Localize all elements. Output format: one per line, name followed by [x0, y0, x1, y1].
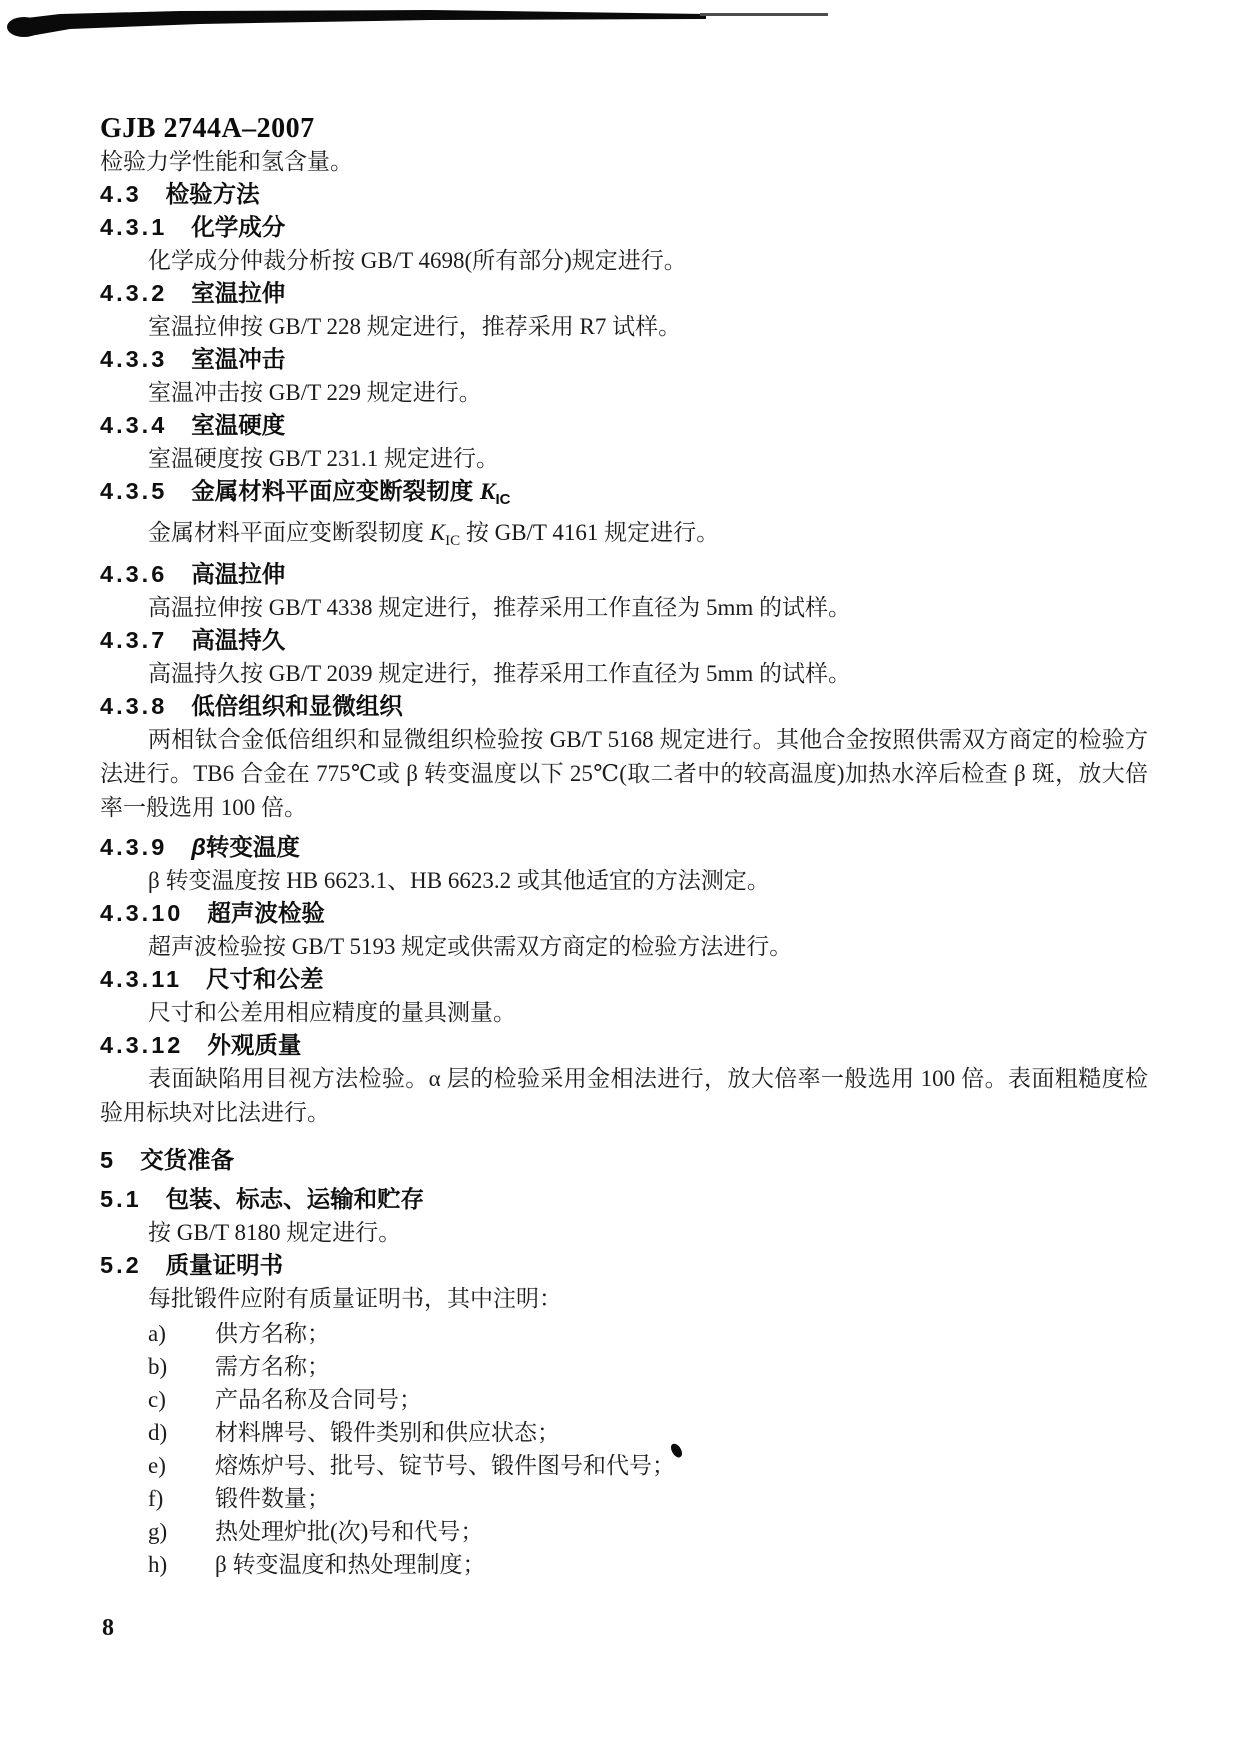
fracture-toughness-symbol: K: [430, 520, 445, 545]
list-item-text: 需方名称；: [215, 1354, 330, 1379]
section-number: 4.3.4: [100, 409, 167, 442]
fracture-toughness-subscript: IC: [445, 533, 460, 549]
section-body-4-3-1: 化学成分仲裁分析按 GB/T 4698(所有部分)规定进行。: [100, 244, 1148, 277]
list-item-text: 锻件数量；: [215, 1486, 330, 1511]
section-body-4-3-12: 表面缺陷用目视方法检验。α 层的检验采用金相法进行，放大倍率一般选用 100 倍…: [100, 1062, 1148, 1130]
list-item-d: d)材料牌号、锻件类别和供应状态；: [100, 1416, 1148, 1449]
section-number: 4.3.9: [100, 831, 167, 864]
section-heading-4-3-12: 4.3.12外观质量: [100, 1029, 1148, 1062]
list-item-letter: g): [148, 1515, 215, 1548]
section-title: 检验方法: [166, 181, 260, 207]
section-body-4-3-3: 室温冲击按 GB/T 229 规定进行。: [100, 376, 1148, 409]
fracture-toughness-subscript: IC: [496, 491, 511, 508]
list-item-letter: a): [148, 1317, 215, 1350]
section-number: 4.3.5: [100, 475, 167, 508]
section-title: 室温硬度: [191, 412, 285, 438]
list-item-text: 熔炼炉号、批号、锭节号、锻件图号和代号；: [215, 1453, 675, 1478]
section-heading-4-3-8: 4.3.8低倍组织和显微组织: [100, 690, 1148, 723]
section-title: 超声波检验: [207, 900, 325, 926]
section-body-4-3-5: 金属材料平面应变断裂韧度 KIC 按 GB/T 4161 规定进行。: [100, 516, 1148, 558]
list-item-letter: d): [148, 1416, 215, 1449]
scanned-document-page: GJB 2744A–2007 检验力学性能和氢含量。 4.3检验方法 4.3.1…: [0, 0, 1240, 1755]
section-heading-4-3-1: 4.3.1化学成分: [100, 211, 1148, 244]
intro-continuation-text: 检验力学性能和氢含量。: [100, 145, 1148, 178]
section-body-4-3-8: 两相钛合金低倍组织和显微组织检验按 GB/T 5168 规定进行。其他合金按照供…: [100, 723, 1148, 825]
section-number: 4.3.6: [100, 558, 167, 591]
section-heading-4-3-9: 4.3.9β转变温度: [100, 831, 1148, 864]
section-heading-4-3-11: 4.3.11尺寸和公差: [100, 963, 1148, 996]
section-heading-4-3-5: 4.3.5金属材料平面应变断裂韧度 KIC: [100, 475, 1148, 516]
section-title: 尺寸和公差: [206, 966, 324, 992]
section-number: 4.3.3: [100, 343, 167, 376]
list-item-letter: f): [148, 1482, 215, 1515]
list-item-text: 供方名称；: [215, 1321, 330, 1346]
section-body-4-3-9: β 转变温度按 HB 6623.1、HB 6623.2 或其他适宜的方法测定。: [100, 864, 1148, 897]
section-title: 高温拉伸: [191, 561, 285, 587]
section-heading-5: 5交货准备: [100, 1144, 1148, 1177]
scan-artifact-top-bar: [0, 0, 1040, 48]
section-heading-4-3-10: 4.3.10超声波检验: [100, 897, 1148, 930]
section-number: 5.1: [100, 1183, 142, 1216]
section-title: 高温持久: [191, 627, 285, 653]
section-body-4-3-2: 室温拉伸按 GB/T 228 规定进行，推荐采用 R7 试样。: [100, 310, 1148, 343]
section-title: 金属材料平面应变断裂韧度: [191, 478, 480, 504]
fracture-toughness-symbol: K: [480, 479, 496, 505]
certificate-item-list: a)供方名称； b)需方名称； c)产品名称及合同号； d)材料牌号、锻件类别和…: [100, 1317, 1148, 1581]
section-title: 室温冲击: [191, 346, 285, 372]
list-item-h: h)β 转变温度和热处理制度；: [100, 1548, 1148, 1581]
section-body-5-2: 每批锻件应附有质量证明书，其中注明：: [100, 1282, 1148, 1315]
section-body-4-3-6: 高温拉伸按 GB/T 4338 规定进行，推荐采用工作直径为 5mm 的试样。: [100, 591, 1148, 624]
list-item-text: 产品名称及合同号；: [215, 1387, 422, 1412]
section-heading-5-2: 5.2质量证明书: [100, 1249, 1148, 1282]
section-heading-4-3-3: 4.3.3室温冲击: [100, 343, 1148, 376]
page-number: 8: [102, 1612, 114, 1645]
list-item-text: 热处理炉批(次)号和代号；: [215, 1519, 483, 1544]
list-item-letter: b): [148, 1350, 215, 1383]
list-item-letter: e): [148, 1449, 215, 1482]
list-item-letter: c): [148, 1383, 215, 1416]
section-number: 4.3: [100, 178, 142, 211]
section-title: 包装、标志、运输和贮存: [166, 1186, 425, 1212]
section-number: 4.3.12: [100, 1029, 183, 1062]
section-title: 低倍组织和显微组织: [191, 693, 403, 719]
section-heading-4-3: 4.3检验方法: [100, 178, 1148, 211]
section-number: 4.3.1: [100, 211, 167, 244]
list-item-letter: h): [148, 1548, 215, 1581]
document-content: GJB 2744A–2007 检验力学性能和氢含量。 4.3检验方法 4.3.1…: [100, 112, 1148, 1581]
section-body-4-3-7: 高温持久按 GB/T 2039 规定进行，推荐采用工作直径为 5mm 的试样。: [100, 657, 1148, 690]
section-number: 4.3.10: [100, 897, 183, 930]
list-item-e: e)熔炼炉号、批号、锭节号、锻件图号和代号；: [100, 1449, 1148, 1482]
list-item-c: c)产品名称及合同号；: [100, 1383, 1148, 1416]
section-body-4-3-4: 室温硬度按 GB/T 231.1 规定进行。: [100, 442, 1148, 475]
section-number: 4.3.8: [100, 690, 167, 723]
section-title: 交货准备: [140, 1147, 234, 1173]
section-body-5-1: 按 GB/T 8180 规定进行。: [100, 1216, 1148, 1249]
section-number: 4.3.7: [100, 624, 167, 657]
section-title: 室温拉伸: [191, 280, 285, 306]
document-code-header: GJB 2744A–2007: [100, 112, 1148, 145]
beta-symbol: β: [191, 834, 206, 860]
section-body-4-3-10: 超声波检验按 GB/T 5193 规定或供需双方商定的检验方法进行。: [100, 930, 1148, 963]
section-heading-4-3-6: 4.3.6高温拉伸: [100, 558, 1148, 591]
section-heading-5-1: 5.1包装、标志、运输和贮存: [100, 1183, 1148, 1216]
list-item-g: g)热处理炉批(次)号和代号；: [100, 1515, 1148, 1548]
list-item-text: β 转变温度和热处理制度；: [215, 1552, 485, 1577]
section-title: 转变温度: [206, 834, 300, 860]
section-heading-4-3-7: 4.3.7高温持久: [100, 624, 1148, 657]
list-item-text: 材料牌号、锻件类别和供应状态；: [215, 1420, 560, 1445]
list-item-f: f)锻件数量；: [100, 1482, 1148, 1515]
section-number: 5: [100, 1144, 116, 1177]
section-heading-4-3-4: 4.3.4室温硬度: [100, 409, 1148, 442]
section-heading-4-3-2: 4.3.2室温拉伸: [100, 277, 1148, 310]
section-number: 4.3.2: [100, 277, 167, 310]
section-body-4-3-11: 尺寸和公差用相应精度的量具测量。: [100, 996, 1148, 1029]
section-title: 外观质量: [207, 1032, 301, 1058]
list-item-a: a)供方名称；: [100, 1317, 1148, 1350]
section-number: 5.2: [100, 1249, 142, 1282]
section-title: 质量证明书: [166, 1252, 284, 1278]
list-item-b: b)需方名称；: [100, 1350, 1148, 1383]
section-title: 化学成分: [191, 214, 285, 240]
section-number: 4.3.11: [100, 963, 182, 996]
